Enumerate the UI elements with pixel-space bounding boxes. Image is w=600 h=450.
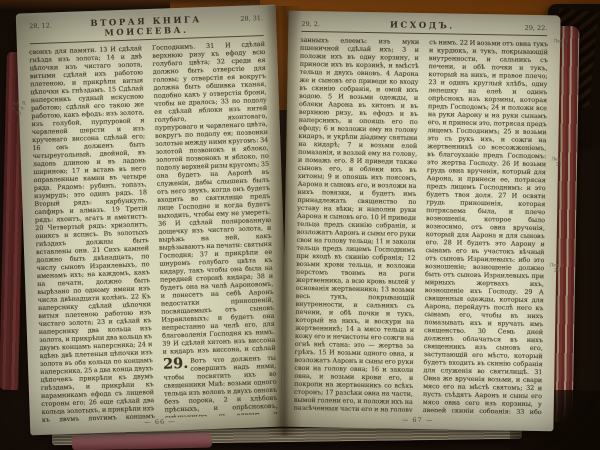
chapter-29-start: 29.Вотъ что долженъ ты совершить надъ ни… (163, 354, 278, 418)
left-page-column-2: Господнимъ. 31 И сдѣлай верхнюю ризу къ … (152, 40, 278, 418)
right-page-title: ИСХОДЪ. (390, 20, 455, 31)
right-page-columns: занныхъ елеемъ: изъ муки пшеничной сдѣла… (294, 36, 548, 414)
pink-page-edge (72, 433, 212, 450)
chapter-number: 29. (163, 357, 189, 371)
left-page: 28, 12. ВТОРАЯ КНИГА МОИСЕЕВА. 28, 31. с… (16, 5, 291, 436)
right-page-margin-note-3: Лев. 8, 26. (549, 263, 566, 274)
left-page-margin-note: Лев. 8, 8. Гл. 39. (10, 101, 28, 117)
right-page: 29, 2. ИСХОДЪ. 29, 22. занныхъ елеемъ: и… (281, 11, 560, 432)
book-photo: 28, 12. ВТОРАЯ КНИГА МОИСЕЕВА. 28, 31. с… (0, 0, 600, 450)
right-page-margin-note-1: Лев. 8, 2. (553, 39, 570, 50)
right-page-corner-ref-right: 29, 22. (525, 24, 548, 32)
right-page-margin-note-2: Лев. 8, 22. (551, 157, 568, 168)
right-page-column-1: занныхъ елеемъ: изъ муки пшеничной сдѣла… (294, 36, 420, 412)
left-page-corner-ref-left: 28, 12. (29, 21, 52, 30)
right-page-corner-ref-left: 29, 2. (301, 20, 320, 28)
left-page-column-1: своихъ для памяти. 13 И сдѣлай гнѣзда из… (29, 44, 155, 422)
left-page-corner-ref-right: 28, 31. (240, 14, 263, 23)
left-page-columns: своихъ для памяти. 13 И сдѣлай гнѣзда из… (29, 40, 278, 422)
right-page-number: — 67 — (281, 414, 553, 427)
right-page-column-2: съ нимъ. 22 И возьми отъ овна тукъ и кур… (423, 38, 549, 414)
column-text: Господнимъ. 31 И сдѣлай верхнюю ризу къ … (152, 40, 276, 357)
